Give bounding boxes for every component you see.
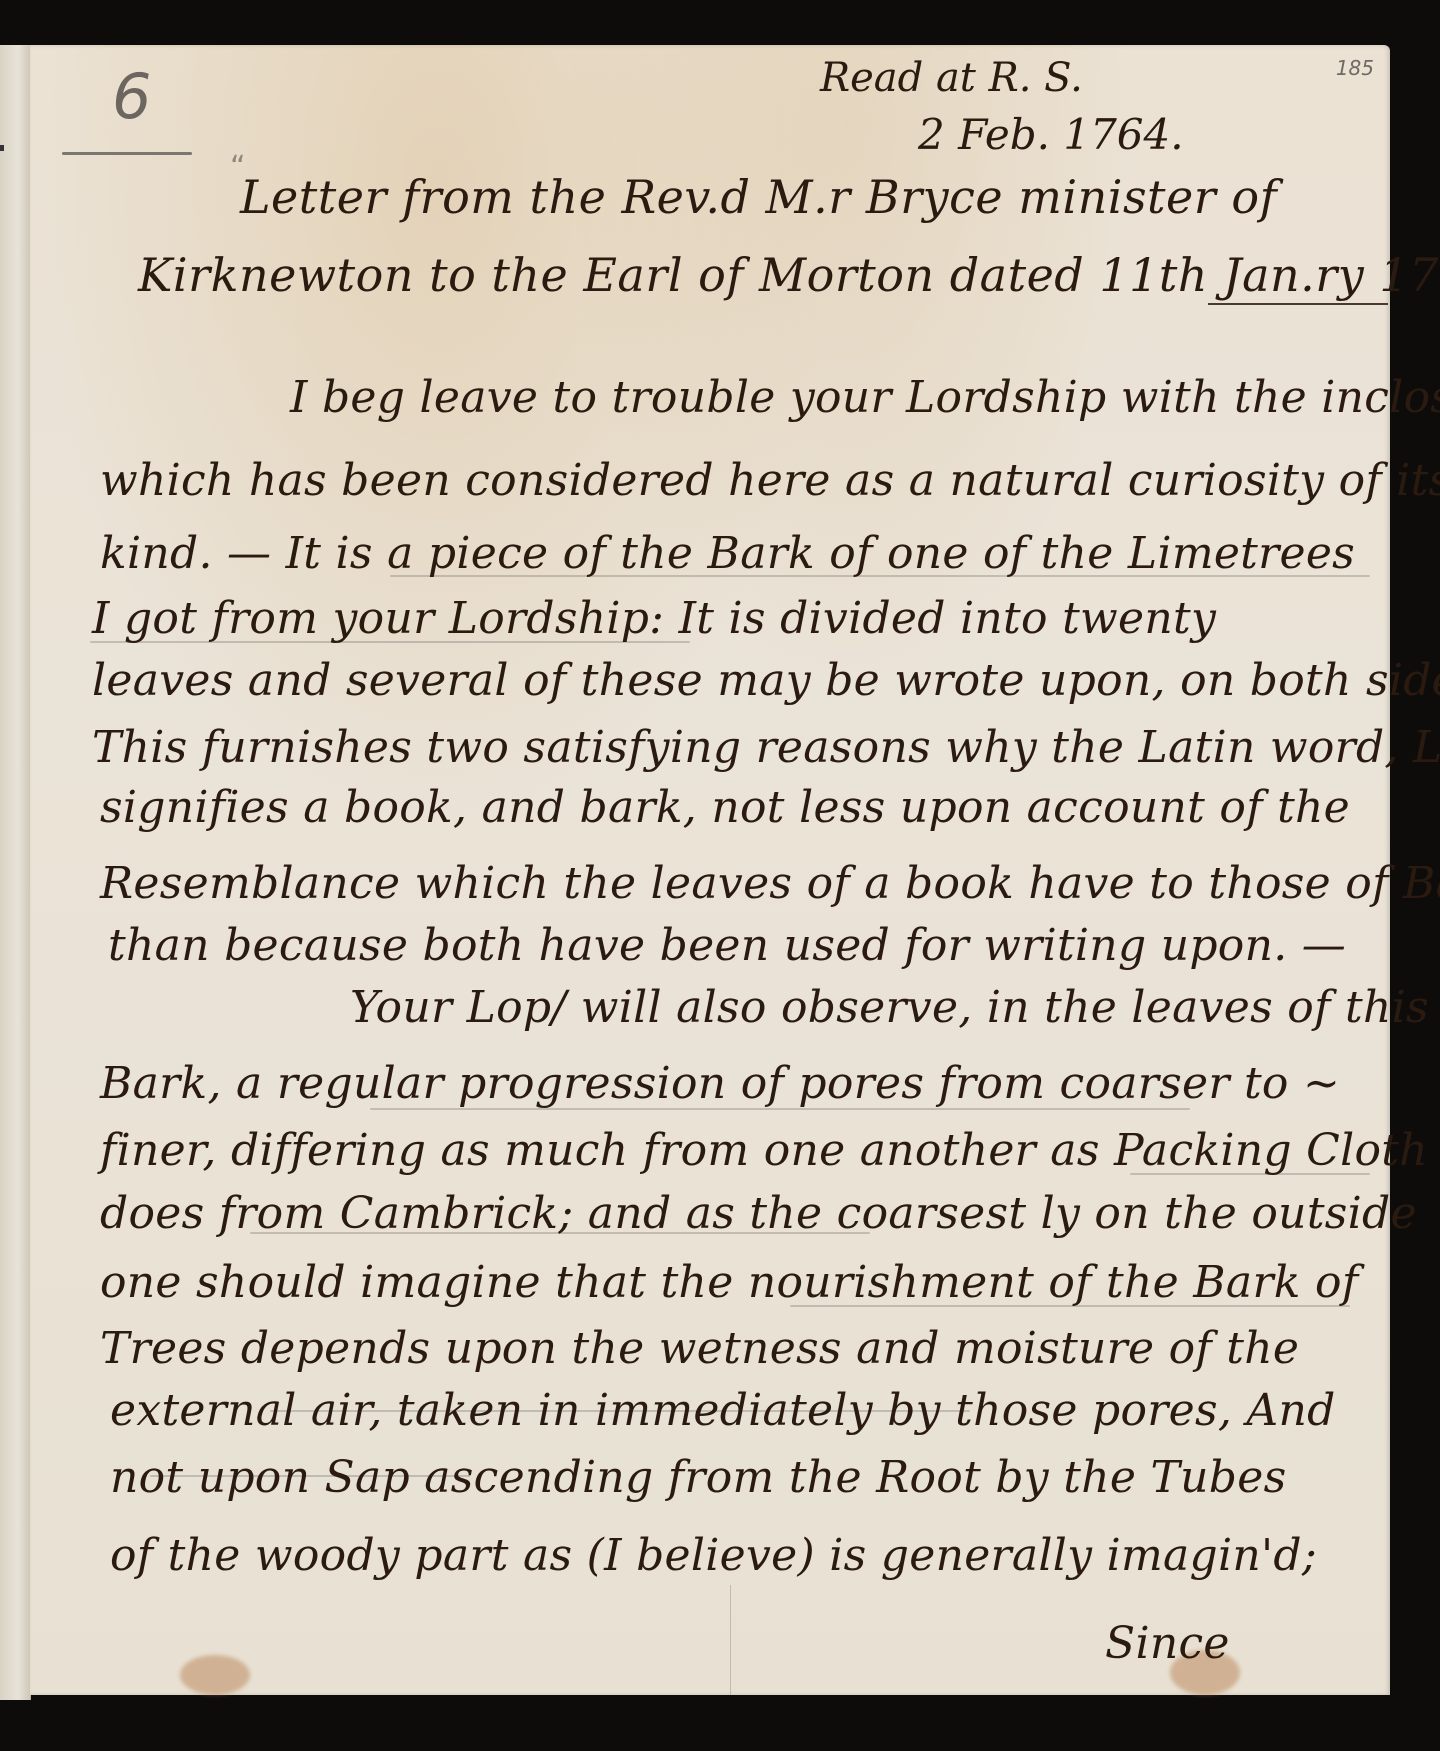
paper-fold (730, 1585, 731, 1695)
body-line: does from Cambrick; and as the coarsest … (100, 1188, 1417, 1239)
body-line: one should imagine that the nourishment … (100, 1257, 1358, 1308)
body-line: finer, differing as much from one anothe… (100, 1125, 1428, 1176)
body-line: Your Lop/ will also observe, in the leav… (350, 982, 1429, 1033)
binding-gutter (0, 45, 31, 1700)
body-line: I beg leave to trouble your Lordship wit… (290, 372, 1440, 423)
body-line: I got from your Lordship: It is divided … (92, 593, 1216, 644)
body-line: This furnishes two satisfying reasons wh… (92, 722, 1440, 773)
body-line: Resemblance which the leaves of a book h… (100, 858, 1440, 909)
body-line: Bark, a regular progression of pores fro… (100, 1058, 1340, 1109)
body-line: which has been considered here as a natu… (100, 455, 1440, 506)
title-underline (1208, 303, 1388, 305)
folio-number: 6 (112, 60, 151, 133)
body-line: than because both have been used for wri… (108, 920, 1346, 971)
water-stain (180, 1655, 250, 1695)
catchword: Since (1105, 1618, 1230, 1669)
archive-number: 185 (1336, 56, 1374, 80)
body-line: external air, taken in immediately by th… (110, 1385, 1336, 1436)
read-annotation-line1: Read at R. S. (820, 55, 1083, 101)
letter-title-line1: Letter from the Rev.d M.r Bryce minister… (240, 170, 1277, 224)
letter-title-line2: Kirknewton to the Earl of Morton dated 1… (138, 248, 1440, 302)
read-annotation-date: 2 Feb. 1764. (918, 110, 1184, 159)
gutter-mark (0, 145, 4, 151)
body-line: leaves and several of these may be wrote… (92, 655, 1440, 706)
body-line: kind. — It is a piece of the Bark of one… (100, 528, 1355, 579)
body-line: of the woody part as (I believe) is gene… (110, 1530, 1317, 1581)
body-line: Trees depends upon the wetness and moist… (100, 1323, 1299, 1374)
body-line: not upon Sap ascending from the Root by … (110, 1452, 1286, 1503)
body-line: signifies a book, and bark, not less upo… (100, 782, 1350, 833)
folio-underline (62, 152, 192, 155)
